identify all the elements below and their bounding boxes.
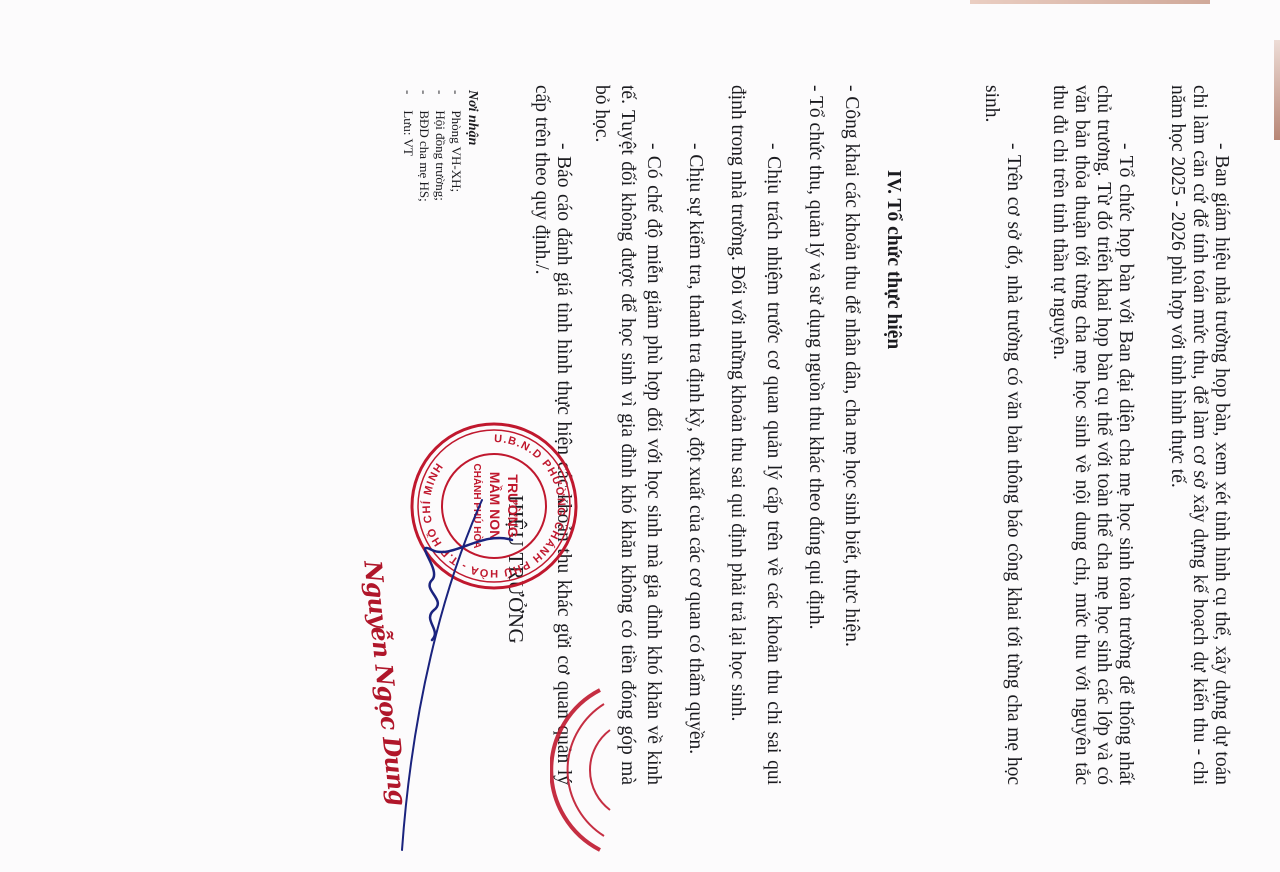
paragraph-ban-giam-hieu: - Ban giám hiệu nhà trường họp bàn, xem … — [1166, 85, 1232, 785]
text-line: văn bản thỏa thuận tới từng cha mẹ học s… — [1070, 85, 1092, 785]
item-to-chuc-thu: - Tổ chức thu, quản lý và sử dụng nguồn … — [804, 85, 826, 785]
section-heading: IV. Tổ chức thực hiện — [882, 170, 904, 349]
text-line: - Tổ chức họp bàn với Ban đại diện cha m… — [1114, 85, 1136, 785]
text-line: - Chịu trách nhiệm trước cơ quan quản lý… — [762, 85, 784, 785]
recipients-title: Nơi nhận — [464, 90, 480, 202]
text-line: sinh. — [980, 85, 1002, 785]
recipient-item: -Phòng VH-XH; — [448, 90, 464, 202]
document-page: - Ban giám hiệu nhà trường họp bàn, xem … — [0, 0, 1280, 872]
text-line: - Tổ chức thu, quản lý và sử dụng nguồn … — [804, 85, 826, 785]
paragraph-to-chuc-hop: - Tổ chức họp bàn với Ban đại diện cha m… — [1048, 85, 1136, 785]
text-line: chủ trương. Từ đó triển khai họp bàn cụ … — [1092, 85, 1114, 785]
item-cong-khai: - Công khai các khoản thu để nhân dân, c… — [840, 85, 862, 785]
text-line: - Công khai các khoản thu để nhân dân, c… — [840, 85, 862, 785]
text-line: chi làm căn cứ để tính toán mức thu, để … — [1188, 85, 1210, 785]
recipient-item: -Lưu: VT — [400, 90, 416, 202]
text-line: thu đủ chi trên tinh thần tự nguyện. — [1048, 85, 1070, 785]
text-line: - Ban giám hiệu nhà trường họp bàn, xem … — [1210, 85, 1232, 785]
recipients-block: Nơi nhận -Phòng VH-XH; -Hội đồng trường;… — [400, 90, 480, 202]
paragraph-tren-co-so: - Trên cơ sở đó, nhà trường có văn bản t… — [980, 85, 1024, 785]
recipient-item: -Hội đồng trường; — [432, 90, 448, 202]
recipient-item: -BĐD cha mẹ HS; — [416, 90, 432, 202]
text-line: - Trên cơ sở đó, nhà trường có văn bản t… — [1002, 85, 1024, 785]
text-line: năm học 2025 - 2026 phù hợp với tình hìn… — [1166, 85, 1188, 785]
page-seal-stamp — [550, 670, 750, 870]
